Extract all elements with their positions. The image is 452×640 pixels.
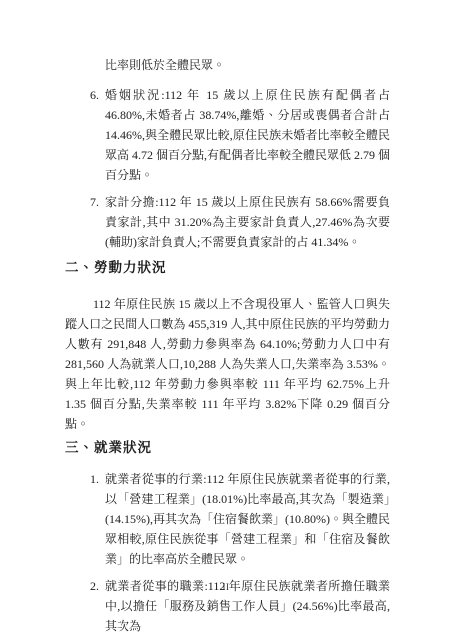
labor-force-paragraph: 112 年原住民族 15 歲以上不含現役軍人、監管人口與失蹤人口之民間人口數為 … <box>65 294 390 434</box>
list-item-text: 就業者從事的行業:112 年原住民族就業者從事的行業,以「營建工程業」(18.0… <box>105 469 390 569</box>
document-page: 比率則低於全體民眾。 6. 婚姻狀況:112 年 15 歲以上原住民族有配偶者占… <box>0 0 452 640</box>
list-item-text: 家計分擔:112 年 15 歲以上原住民族有 58.66%需要負責家計,其中 3… <box>105 192 390 252</box>
list-item-household-burden: 7. 家計分擔:112 年 15 歲以上原住民族有 58.66%需要負責家計,其… <box>65 192 390 252</box>
list-item-industry: 1. 就業者從事的行業:112 年原住民族就業者從事的行業,以「營建工程業」(1… <box>65 469 390 569</box>
page-number: II <box>0 581 452 593</box>
list-item-number: 6. <box>65 85 105 185</box>
section-heading-labor-force: 二、勞動力狀況 <box>65 258 390 278</box>
list-item-number: 1. <box>65 469 105 569</box>
section-heading-employment: 三、就業狀況 <box>65 438 390 458</box>
list-item-marital-status: 6. 婚姻狀況:112 年 15 歲以上原住民族有配偶者占 46.80%,未婚者… <box>65 85 390 185</box>
list-item-text: 婚姻狀況:112 年 15 歲以上原住民族有配偶者占 46.80%,未婚者占 3… <box>105 85 390 185</box>
page-content: 比率則低於全體民眾。 6. 婚姻狀況:112 年 15 歲以上原住民族有配偶者占… <box>65 55 390 636</box>
paragraph-continuation-line: 比率則低於全體民眾。 <box>105 55 390 75</box>
list-item-number: 7. <box>65 192 105 252</box>
